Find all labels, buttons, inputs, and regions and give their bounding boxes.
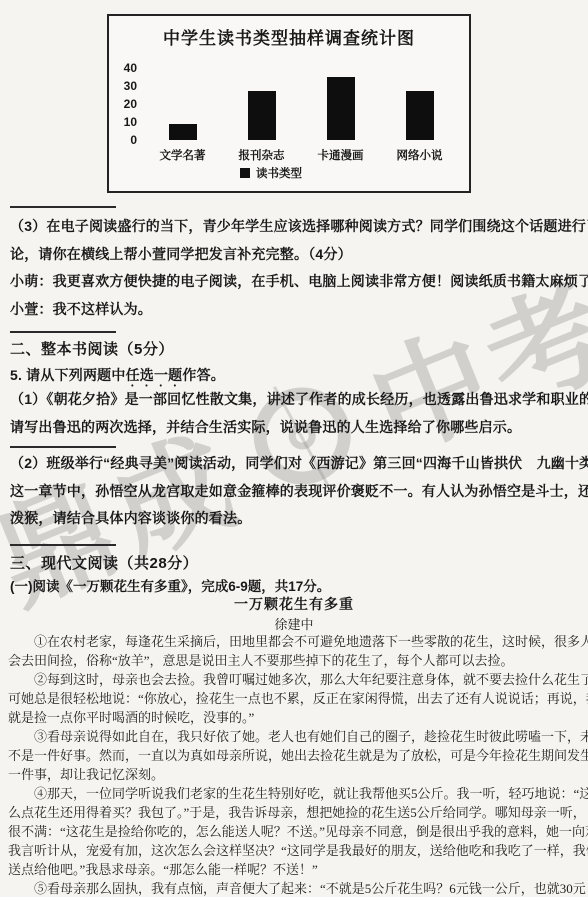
- y-tick-label: 20: [111, 95, 137, 113]
- question-5-2-line: （2）班级举行“经典寻美”阅读活动，同学们对《西游记》第三回“四海千山皆拱伏 九…: [10, 450, 582, 478]
- chart-category-labels: 文学名著报刊杂志卡通漫画网络小说: [143, 147, 459, 163]
- essay-line: ⑤看母亲那么固执，我有点恼，声音便大了起来：“不就是5公斤花生吗？6元钱一公斤，…: [8, 879, 584, 897]
- reading-instruction: (一)阅读《一万颗花生有多重》，完成6-9题，共17分。: [10, 575, 330, 595]
- essay-line: ③看母亲说得如此自在，我只好依了她。老人也有她们自己的圈子，趁捡花生时彼此唠嗑一…: [8, 727, 584, 746]
- bar-category-label: 网络小说: [380, 147, 459, 163]
- essay-line: ①在农村老家，每逢花生采摘后，田地里都会不可避免地遗落下一些零散的花生，这时候，…: [8, 632, 584, 651]
- chart-legend: 读书类型: [91, 165, 451, 181]
- essay-line: 一件事，却让我记忆深刻。: [8, 765, 584, 784]
- essay-line: 送点给他吧。”我恳求母亲。“那怎么能一样呢？不送！”: [8, 860, 584, 879]
- question-5-2-line: 这一章节中，孙悟空从龙宫取走如意金箍棒的表现评价褒贬不一。有人认为孙悟空是斗士，…: [10, 478, 582, 506]
- bar: [327, 77, 355, 140]
- legend-label: 读书类型: [256, 165, 302, 181]
- bar-category-label: 报刊杂志: [222, 147, 301, 163]
- bar: [169, 124, 197, 140]
- question-5-2-line: 泼猴，请结合具体内容谈谈你的看法。: [10, 505, 582, 533]
- bar-column: [301, 68, 380, 140]
- essay-line: 就是捡一点你平时喝酒的时候吃，没事的。”: [8, 708, 584, 727]
- essay-line: 么点花生还用得着买？我包了。”于是，我告诉母亲，想把她捡的花生送5公斤给同学。哪…: [8, 803, 584, 822]
- q5-emphasized-text: 任选一题: [126, 367, 183, 383]
- bar-column: [143, 68, 222, 140]
- bar: [248, 91, 276, 140]
- section-3-heading: 三、现代文阅读（共28分）: [10, 552, 198, 573]
- bar-category-label: 文学名著: [143, 147, 222, 163]
- y-tick-label: 10: [111, 113, 137, 131]
- question-3-line: 论，请你在横线上帮小萱同学把发言补充完整。（4分）: [10, 241, 582, 269]
- dialogue-xiaomeng: 小萌：我更喜欢方便快捷的电子阅读，在手机、电脑上阅读非常方便！阅读纸质书籍太麻烦…: [10, 268, 582, 296]
- essay-line: 可她总是很轻松地说：“你放心，捡花生一点也不累，反正在家闲得慌，出去了还有人说说…: [8, 689, 584, 708]
- y-tick-label: 30: [111, 77, 137, 95]
- bar-column: [222, 68, 301, 140]
- bar-column: [380, 68, 459, 140]
- essay-author: 徐建中: [0, 614, 588, 633]
- chart-title: 中学生读书类型抽样调查统计图: [109, 24, 469, 49]
- question-5-1-line: （1）《朝花夕拾》是一部回忆性散文集，讲述了作者的成长经历，也透露出鲁迅求学和职…: [10, 386, 582, 414]
- answer-blank-line: [10, 206, 116, 208]
- essay-line: 会去田间捡，俗称“放羊”，意思是说田主人不要那些掉下的花生了，每个人都可以去捡。: [8, 651, 584, 670]
- q5-suffix: 作答。: [182, 367, 225, 383]
- essay-line: 我言听计从，宠爱有加，这次怎么会这样坚决？“这同学是我最好的朋友，送给他吃和我吃…: [8, 841, 584, 860]
- question-5-option-1: （1）《朝花夕拾》是一部回忆性散文集，讲述了作者的成长经历，也透露出鲁迅求学和职…: [10, 386, 582, 441]
- answer-blank-line: [10, 331, 116, 333]
- essay-line: ④那天，一位同学听说我们老家的生花生特别好吃，就让我帮他买5公斤。我一听，轻巧地…: [8, 784, 584, 803]
- section-2-heading: 二、整本书阅读（5分）: [10, 338, 174, 359]
- essay-body: ①在农村老家，每逢花生采摘后，田地里都会不可避免地遗落下一些零散的花生，这时候，…: [8, 632, 584, 897]
- essay-line: ②每到这时，母亲也会去捡。我曾叮嘱过她多次，那么大年纪要注意身体，就不要去捡什么…: [8, 670, 584, 689]
- y-tick-label: 0: [111, 131, 137, 149]
- essay-line: 不是一件好事。然而，一直以为真如母亲所说，她出去捡花生就是为了放松，可是今年捡花…: [8, 746, 584, 765]
- answer-blank-line: [10, 544, 116, 546]
- question-3-line: （3）在电子阅读盛行的当下，青少年学生应该选择哪种阅读方式？同学们围绕这个话题进…: [10, 213, 582, 241]
- chart-y-axis: 403020100: [111, 59, 137, 149]
- question-5-option-2: （2）班级举行“经典寻美”阅读活动，同学们对《西游记》第三回“四海千山皆拱伏 九…: [10, 450, 582, 533]
- question-5-1-line: 请写出鲁迅的两次选择，并结合生活实际，说说鲁迅的人生选择给了你哪些启示。: [10, 414, 582, 442]
- answer-blank-line: [10, 446, 116, 448]
- exam-page: 鼎成 中考 中学生读书类型抽样调查统计图 403020100 文学名著报刊杂志卡…: [0, 0, 588, 897]
- survey-bar-chart: 中学生读书类型抽样调查统计图 403020100 文学名著报刊杂志卡通漫画网络小…: [107, 14, 471, 193]
- y-tick-label: 40: [111, 59, 137, 77]
- legend-square-icon: [240, 168, 250, 178]
- chart-bars: [143, 68, 459, 140]
- essay-line: 很不满：“这花生是捡给你吃的，怎么能送人呢？不送。”见母亲不同意，倒是很出乎我的…: [8, 822, 584, 841]
- bar: [406, 91, 434, 140]
- chart-plot-area: 403020100 文学名著报刊杂志卡通漫画网络小说: [109, 51, 469, 163]
- q5-prefix: 5. 请从下列两题中: [10, 367, 126, 383]
- dialogue-xiaoxuan: 小萱：我不这样认为。: [10, 296, 582, 324]
- bar-category-label: 卡通漫画: [301, 147, 380, 163]
- question-3-block: （3）在电子阅读盛行的当下，青少年学生应该选择哪种阅读方式？同学们围绕这个话题进…: [10, 213, 582, 323]
- essay-title: 一万颗花生有多重: [0, 594, 588, 614]
